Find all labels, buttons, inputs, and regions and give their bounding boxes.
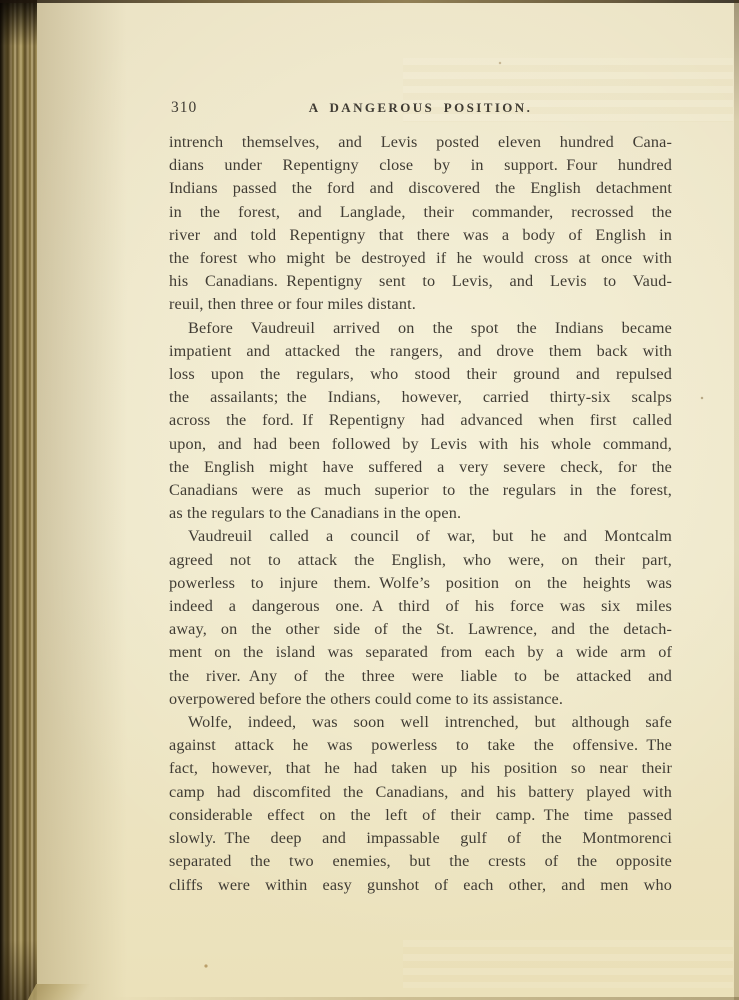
text-line: agreed not to attack the English, who we… <box>169 549 672 572</box>
text-line: away, on the other side of the St. Lawre… <box>169 618 672 641</box>
text-line: against attack he was powerless to take … <box>169 734 672 757</box>
text-line: reuil, then three or four miles distant. <box>169 293 672 316</box>
text-line: Before Vaudreuil arrived on the spot the… <box>169 317 672 340</box>
text-line: river and told Repentigny that there was… <box>169 224 672 247</box>
text-line: upon, and had been followed by Levis wit… <box>169 433 672 456</box>
paragraph: Wolfe, indeed, was soon well intrenched,… <box>169 711 672 897</box>
text-line: Wolfe, indeed, was soon well intrenched,… <box>169 711 672 734</box>
text-line: slowly. The deep and impassable gulf of … <box>169 827 672 850</box>
page-number: 310 <box>171 99 197 117</box>
text-line: impatient and attacked the rangers, and … <box>169 340 672 363</box>
book-page-edges <box>0 0 37 1000</box>
paper-texture-streaks <box>403 940 733 988</box>
text-line: across the ford. If Repentigny had advan… <box>169 409 672 432</box>
text-line: loss upon the regulars, who stood their … <box>169 363 672 386</box>
book-top-edge <box>0 0 739 3</box>
text-line: the assailants; the Indians, however, ca… <box>169 386 672 409</box>
scanned-book-page: 310 A DANGEROUS POSITION. intrench thems… <box>0 0 739 1000</box>
text-line: his Canadians. Repentigny sent to Levis,… <box>169 270 672 293</box>
text-line: overpowered before the others could come… <box>169 688 672 711</box>
page-header: 310 A DANGEROUS POSITION. <box>169 99 672 119</box>
text-line: intrench themselves, and Levis posted el… <box>169 131 672 154</box>
text-line: in the forest, and Langlade, their comma… <box>169 201 672 224</box>
paragraph: Vaudreuil called a council of war, but h… <box>169 525 672 711</box>
text-line: powerless to injure them. Wolfe’s positi… <box>169 572 672 595</box>
text-line: fact, however, that he had taken up his … <box>169 757 672 780</box>
running-title: A DANGEROUS POSITION. <box>309 100 532 115</box>
text-line: cliffs were within easy gunshot of each … <box>169 874 672 897</box>
text-line: dians under Repentigny close by in suppo… <box>169 154 672 177</box>
text-line: the English might have suffered a very s… <box>169 456 672 479</box>
text-line: Indians passed the ford and discovered t… <box>169 177 672 200</box>
text-line: ment on the island was separated from ea… <box>169 641 672 664</box>
text-line: the forest who might be destroyed if he … <box>169 247 672 270</box>
paragraph: intrench themselves, and Levis posted el… <box>169 131 672 317</box>
paragraph: Before Vaudreuil arrived on the spot the… <box>169 317 672 526</box>
page-text: intrench themselves, and Levis posted el… <box>169 131 672 897</box>
text-line: Vaudreuil called a council of war, but h… <box>169 525 672 548</box>
text-line: indeed a dangerous one. A third of his f… <box>169 595 672 618</box>
text-line: Canadians were as much superior to the r… <box>169 479 672 502</box>
gutter-shadow <box>37 0 127 1000</box>
text-line: considerable effect on the left of their… <box>169 804 672 827</box>
page-right-edge <box>734 0 739 1000</box>
text-line: the river. Any of the three were liable … <box>169 665 672 688</box>
text-line: separated the two enemies, but the crest… <box>169 850 672 873</box>
text-line: as the regulars to the Canadians in the … <box>169 502 672 525</box>
text-line: camp had discomfited the Canadians, and … <box>169 781 672 804</box>
